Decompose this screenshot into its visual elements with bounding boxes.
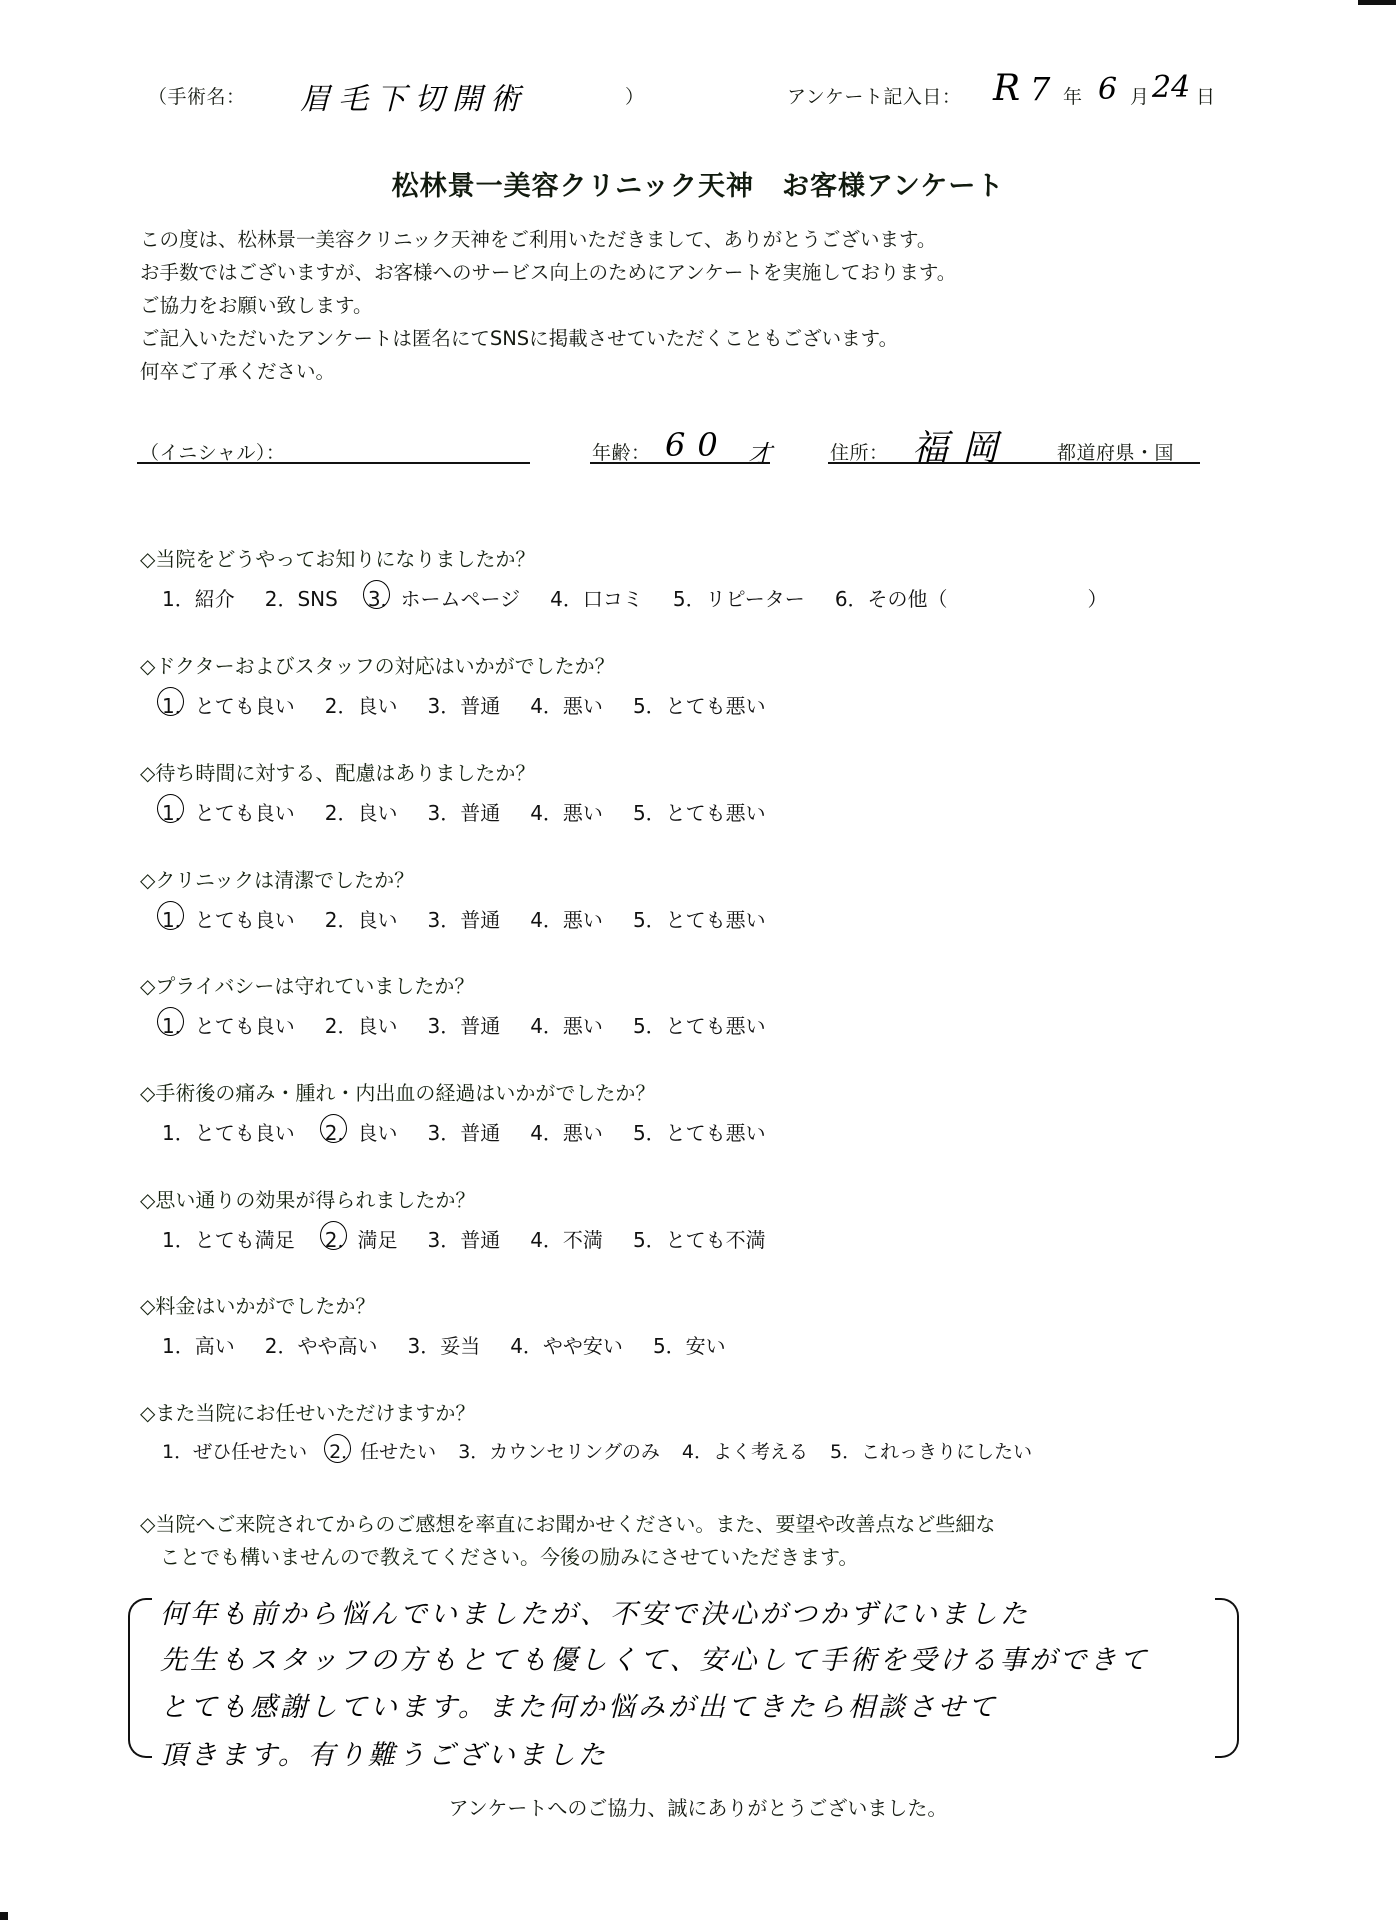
answer-options: 1．とても良い 2．良い 3．普通 4．悪い 5．とても悪い <box>162 797 796 826</box>
address-label: 住所： <box>830 438 889 465</box>
day-unit: 日 <box>1196 82 1216 109</box>
question-title: ◇思い通りの効果が得られましたか？ <box>140 1184 475 1213</box>
age-value[interactable]: 60 <box>665 426 730 464</box>
option-4[interactable]: 4．悪い <box>530 1117 603 1146</box>
option-3[interactable]: 3．普通 <box>427 1010 500 1039</box>
option-4[interactable]: 4．不満 <box>530 1224 603 1253</box>
option-1-selected[interactable]: 1．とても良い <box>162 904 295 933</box>
initial-label: （イニシャル）： <box>140 438 285 465</box>
bracket-left <box>128 1598 152 1758</box>
intro-line: お手数ではございますが、お客様へのサービス向上のためにアンケートを実施しておりま… <box>140 257 956 285</box>
question-title: ◇ドクターおよびスタッフの対応はいかがでしたか？ <box>140 650 615 679</box>
question-title: ◇手術後の痛み・腫れ・内出血の経過はいかがでしたか？ <box>140 1077 655 1106</box>
option-4[interactable]: 4．やや安い <box>510 1330 623 1359</box>
bracket-right <box>1215 1598 1239 1758</box>
comment-prompt-line: ◇当院へご来院されてからのご感想を率直にお聞かせください。また、要望や改善点など… <box>140 1508 995 1537</box>
answer-options: 1．とても良い 2．良い 3．普通 4．悪い 5．とても悪い <box>162 1010 796 1039</box>
option-5[interactable]: 5．とても悪い <box>633 904 766 933</box>
comment-prompt-line: ことでも構いませんので教えてください。今後の励みにさせていただきます。 <box>160 1541 858 1570</box>
answer-options: 1．ぜひ任せたい 2．任せたい 3．カウンセリングのみ 4．よく考える 5．これ… <box>162 1437 1054 1464</box>
option-2-selected[interactable]: 2．良い <box>325 1117 398 1146</box>
option-3[interactable]: 3．普通 <box>427 904 500 933</box>
survey-title: 松林景一美容クリニック天神 お客様アンケート <box>0 164 1396 203</box>
date-label: アンケート記入日： <box>787 82 961 109</box>
comment-answer-line: 頂きます。有り難うございました <box>160 1733 608 1772</box>
option-3[interactable]: 3．普通 <box>427 1117 500 1146</box>
option-2[interactable]: 2．やや高い <box>265 1330 378 1359</box>
option-4[interactable]: 4．悪い <box>530 904 603 933</box>
comment-answer-line: 何年も前から悩んでいましたが、不安で決心がつかずにいました <box>160 1592 1030 1631</box>
option-3[interactable]: 3．普通 <box>427 690 500 719</box>
month-unit: 月 <box>1130 82 1150 109</box>
option-5[interactable]: 5．とても悪い <box>633 797 766 826</box>
date-year[interactable]: 7 <box>1030 70 1050 108</box>
option-5[interactable]: 5．とても悪い <box>633 1010 766 1039</box>
option-5[interactable]: 5．これっきりにしたい <box>830 1437 1032 1464</box>
date-month[interactable]: 6 <box>1098 72 1117 107</box>
age-label: 年齢： <box>592 438 651 465</box>
option-5[interactable]: 5．とても悪い <box>633 1117 766 1146</box>
procedure-value[interactable]: 眉毛下切開術 <box>300 74 528 118</box>
question-title: ◇待ち時間に対する、配慮はありましたか？ <box>140 757 535 786</box>
option-4[interactable]: 4．悪い <box>530 797 603 826</box>
option-3[interactable]: 3．妥当 <box>407 1330 480 1359</box>
option-1[interactable]: 1．とても良い <box>162 1117 295 1146</box>
answer-options: 1．紹介 2．SNS 3．ホームページ 4．口コミ 5．リピーター 6．その他（… <box>162 583 1138 612</box>
option-2[interactable]: 2．良い <box>325 797 398 826</box>
answer-options: 1．とても良い 2．良い 3．普通 4．悪い 5．とても悪い <box>162 690 796 719</box>
option-2[interactable]: 2．良い <box>325 904 398 933</box>
address-underline <box>828 462 1200 464</box>
option-2-selected[interactable]: 2．満足 <box>325 1224 398 1253</box>
question-title: ◇当院をどうやってお知りになりましたか？ <box>140 543 535 572</box>
intro-line: この度は、松林景一美容クリニック天神をご利用いただきまして、ありがとうございます… <box>140 224 936 252</box>
option-5[interactable]: 5．安い <box>653 1330 726 1359</box>
option-1[interactable]: 1．ぜひ任せたい <box>162 1437 307 1464</box>
option-5[interactable]: 5．とても不満 <box>633 1224 766 1253</box>
intro-line: ご記入いただいたアンケートは匿名にてSNSに掲載させていただくこともございます。 <box>140 323 898 351</box>
age-underline <box>590 462 770 464</box>
address-suffix: 都道府県・国 <box>1057 438 1174 465</box>
answer-options: 1．とても満足 2．満足 3．普通 4．不満 5．とても不満 <box>162 1224 796 1253</box>
procedure-label: （手術名： <box>148 82 246 109</box>
option-1-selected[interactable]: 1．とても良い <box>162 690 295 719</box>
option-3[interactable]: 3．普通 <box>427 1224 500 1253</box>
option-1[interactable]: 1．高い <box>162 1330 235 1359</box>
option-4[interactable]: 4．悪い <box>530 1010 603 1039</box>
question-title: ◇クリニックは清潔でしたか？ <box>140 864 414 893</box>
option-2[interactable]: 2．SNS <box>265 583 338 612</box>
option-4[interactable]: 4．悪い <box>530 690 603 719</box>
answer-options: 1．高い 2．やや高い 3．妥当 4．やや安い 5．安い <box>162 1330 756 1359</box>
option-2[interactable]: 2．良い <box>325 690 398 719</box>
intro-line: ご協力をお願い致します。 <box>140 290 372 318</box>
initial-underline <box>137 462 530 464</box>
option-5[interactable]: 5．リピーター <box>673 583 805 612</box>
option-4[interactable]: 4．口コミ <box>550 583 643 612</box>
question-title: ◇プライバシーは守れていましたか？ <box>140 970 474 999</box>
comment-answer-line: とても感謝しています。また何か悩みが出てきたら相談させて <box>160 1685 998 1724</box>
footer-thanks: アンケートへのご協力、誠にありがとうございました。 <box>0 1792 1396 1821</box>
year-unit: 年 <box>1063 82 1083 109</box>
option-3[interactable]: 3．カウンセリングのみ <box>458 1437 660 1464</box>
question-title: ◇また当院にお任せいただけますか？ <box>140 1397 475 1426</box>
answer-options: 1．とても良い 2．良い 3．普通 4．悪い 5．とても悪い <box>162 1117 796 1146</box>
option-6[interactable]: 6．その他（ ） <box>835 583 1108 612</box>
question-title: ◇料金はいかがでしたか？ <box>140 1290 375 1319</box>
comment-answer-line: 先生もスタッフの方もとても優しくて、安心して手術を受ける事ができて <box>160 1638 1149 1677</box>
option-2[interactable]: 2．良い <box>325 1010 398 1039</box>
option-5[interactable]: 5．とても悪い <box>633 690 766 719</box>
option-1-selected[interactable]: 1．とても良い <box>162 797 295 826</box>
option-3[interactable]: 3．普通 <box>427 797 500 826</box>
procedure-close: ） <box>625 82 645 109</box>
intro-line: 何卒ご了承ください。 <box>140 356 335 384</box>
answer-options: 1．とても良い 2．良い 3．普通 4．悪い 5．とても悪い <box>162 904 796 933</box>
option-1[interactable]: 1．紹介 <box>162 583 235 612</box>
option-2-selected[interactable]: 2．任せたい <box>329 1437 436 1464</box>
option-1-selected[interactable]: 1．とても良い <box>162 1010 295 1039</box>
option-3-selected[interactable]: 3．ホームページ <box>368 583 520 612</box>
option-4[interactable]: 4．よく考える <box>682 1437 808 1464</box>
option-1[interactable]: 1．とても満足 <box>162 1224 295 1253</box>
scan-artifact <box>0 1912 8 1920</box>
date-day[interactable]: 24 <box>1152 70 1190 105</box>
date-era[interactable]: R <box>993 68 1020 109</box>
scan-artifact <box>1358 0 1396 5</box>
